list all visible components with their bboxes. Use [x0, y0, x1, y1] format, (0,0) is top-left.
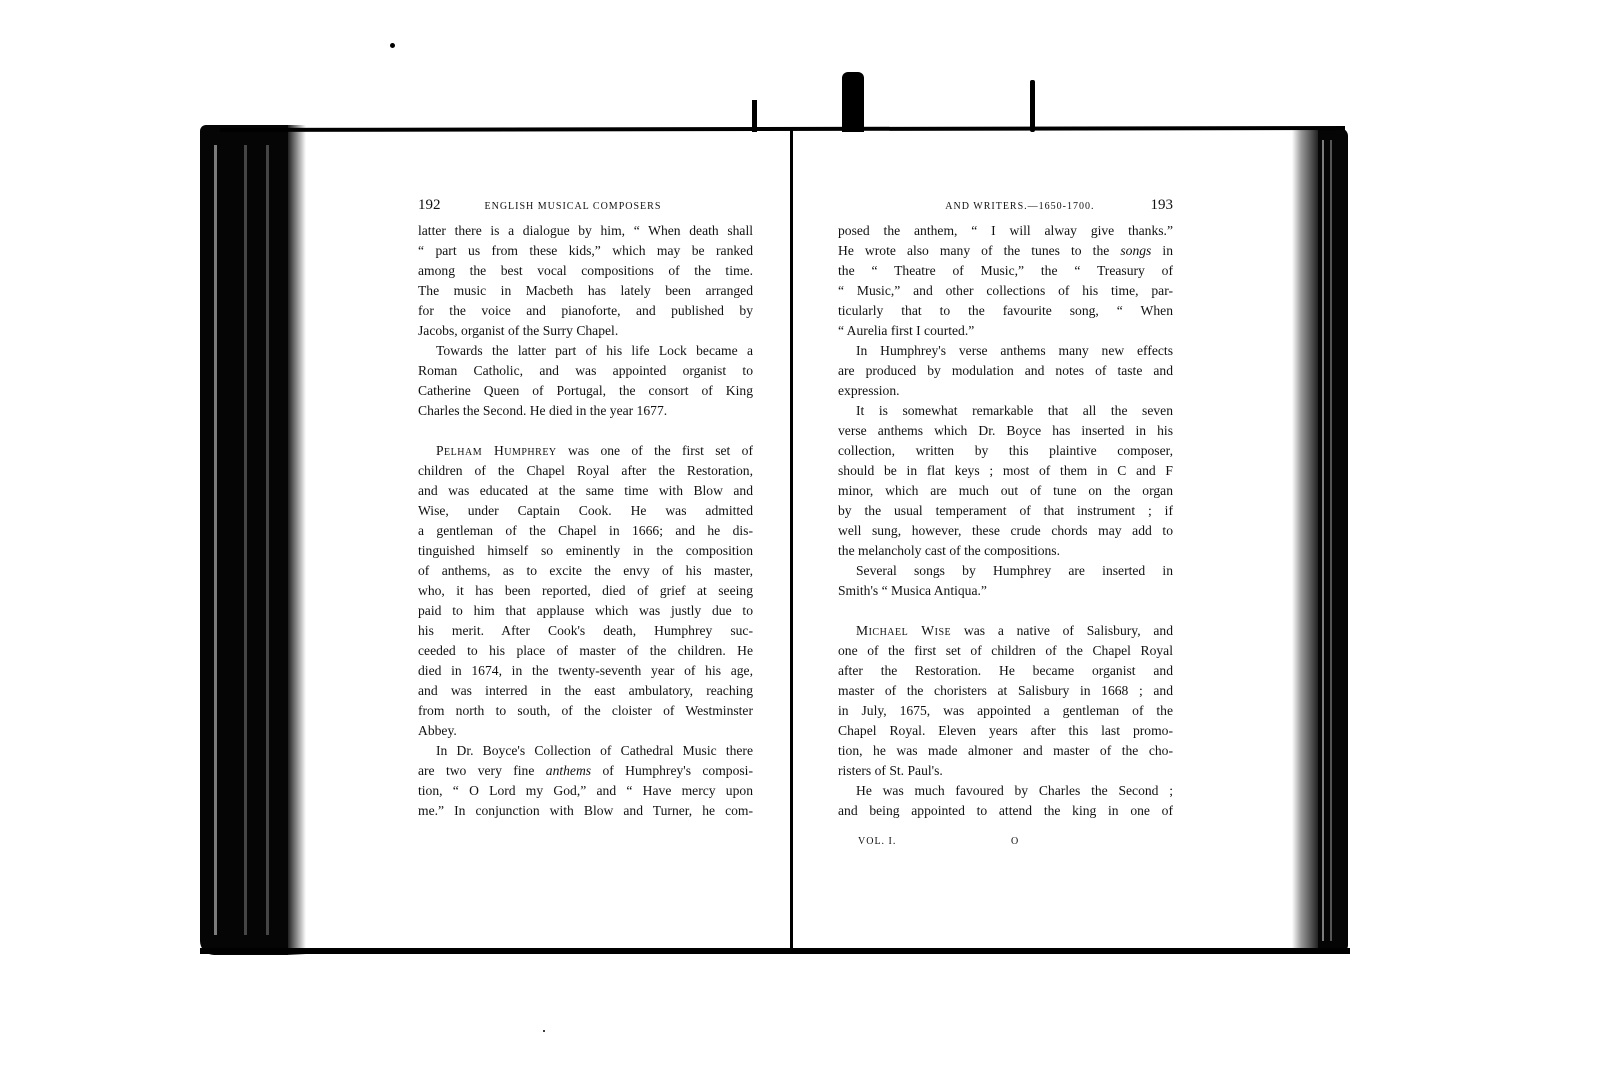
- text-line: ceeded to his place of master of the chi…: [418, 641, 753, 661]
- text-line: He wrote also many of the tunes to the s…: [838, 241, 1173, 261]
- signature-volume: VOL. I.: [858, 836, 896, 847]
- text-line: and was educated at the same time with B…: [418, 481, 753, 501]
- text-line: In Dr. Boyce's Collection of Cathedral M…: [418, 741, 753, 761]
- signature-letter: O: [1011, 836, 1019, 847]
- text-line: Towards the latter part of his life Lock…: [418, 341, 753, 361]
- text-line: Jacobs, organist of the Surry Chapel.: [418, 321, 753, 341]
- text-span: was a native of Salisbury, and: [951, 623, 1173, 638]
- running-head-title: ENGLISH MUSICAL COMPOSERS: [485, 197, 662, 217]
- text-span: He wrote also many of the tunes to the: [838, 243, 1120, 258]
- text-line: died in 1674, in the twenty-seventh year…: [418, 661, 753, 681]
- text-span: of Humphrey's composi-: [591, 763, 753, 778]
- paragraph: Michael Wise was a native of Salisbury, …: [838, 621, 1173, 781]
- text-line: tinguished himself so eminently in the c…: [418, 541, 753, 561]
- text-span: was one of the first set of: [557, 443, 753, 458]
- text-line: should be in flat keys ; most of them in…: [838, 461, 1173, 481]
- paragraph: He was much favoured by Charles the Seco…: [838, 781, 1173, 821]
- paragraph: Towards the latter part of his life Lock…: [418, 341, 753, 421]
- text-line: In Humphrey's verse anthems many new eff…: [838, 341, 1173, 361]
- text-line: me.” In conjunction with Blow and Turner…: [418, 801, 753, 821]
- text-line: his merit. After Cook's death, Humphrey …: [418, 621, 753, 641]
- text-span: in: [1151, 243, 1173, 258]
- text-line: latter there is a dialogue by him, “ Whe…: [418, 221, 753, 241]
- text-line: from north to south, of the cloister of …: [418, 701, 753, 721]
- text-line: who, it has been reported, died of grief…: [418, 581, 753, 601]
- text-line: tion, “ O Lord my God,” and “ Have mercy…: [418, 781, 753, 801]
- text-line: Chapel Royal. Eleven years after this la…: [838, 721, 1173, 741]
- text-line: one of the first set of children of the …: [838, 641, 1173, 661]
- page-number: 193: [1151, 195, 1174, 215]
- text-line: minor, which are much out of tune on the…: [838, 481, 1173, 501]
- text-line: are produced by modulation and notes of …: [838, 361, 1173, 381]
- text-line: Roman Catholic, and was appointed organi…: [418, 361, 753, 381]
- paragraph: Pelham Humphrey was one of the first set…: [418, 441, 753, 741]
- running-head: 192 ENGLISH MUSICAL COMPOSERS: [418, 195, 753, 213]
- paragraph: It is somewhat remarkable that all the s…: [838, 401, 1173, 561]
- text-line: Michael Wise was a native of Salisbury, …: [838, 621, 1173, 641]
- right-page: AND WRITERS.—1650-1700. 193 posed the an…: [838, 195, 1173, 821]
- text-line: “ Music,” and other collections of his t…: [838, 281, 1173, 301]
- book-right-fore-edge: [1300, 128, 1348, 953]
- text-line: Charles the Second. He died in the year …: [418, 401, 753, 421]
- text-line: expression.: [838, 381, 1173, 401]
- text-line: It is somewhat remarkable that all the s…: [838, 401, 1173, 421]
- text-line: and was interred in the east ambulatory,…: [418, 681, 753, 701]
- text-line: of anthems, as to excite the envy of his…: [418, 561, 753, 581]
- text-line: by the usual temperament of that instrum…: [838, 501, 1173, 521]
- text-line: He was much favoured by Charles the Seco…: [838, 781, 1173, 801]
- text-line: verse anthems which Dr. Boyce has insert…: [838, 421, 1173, 441]
- paragraph: In Dr. Boyce's Collection of Cathedral M…: [418, 741, 753, 821]
- text-line: among the best vocal compositions of the…: [418, 261, 753, 281]
- bookmark-ribbon: [842, 72, 864, 132]
- text-line: “ part us from these kids,” which may be…: [418, 241, 753, 261]
- text-line: master of the choristers at Salisbury in…: [838, 681, 1173, 701]
- scan-speck: [543, 1030, 545, 1032]
- text-line: well sung, however, these crude chords m…: [838, 521, 1173, 541]
- person-name: Michael Wise: [856, 623, 951, 638]
- text-line: Several songs by Humphrey are inserted i…: [838, 561, 1173, 581]
- text-line: risters of St. Paul's.: [838, 761, 1173, 781]
- text-line: and being appointed to attend the king i…: [838, 801, 1173, 821]
- book-bottom-edge: [200, 948, 1350, 954]
- paragraph: In Humphrey's verse anthems many new eff…: [838, 341, 1173, 401]
- text-line: the melancholy cast of the compositions.: [838, 541, 1173, 561]
- person-name: Pelham Humphrey: [436, 443, 557, 458]
- running-head: AND WRITERS.—1650-1700. 193: [838, 195, 1173, 213]
- book-gutter: [790, 130, 793, 950]
- text-line: collection, written by this plaintive co…: [838, 441, 1173, 461]
- text-line: ticularly that to the favourite song, “ …: [838, 301, 1173, 321]
- text-line: Smith's “ Musica Antiqua.”: [838, 581, 1173, 601]
- text-span: are two very fine: [418, 763, 546, 778]
- text-line: paid to him that applause which was just…: [418, 601, 753, 621]
- text-line: Abbey.: [418, 721, 753, 741]
- bookmark-fragment: [752, 100, 757, 132]
- italic-text: songs: [1120, 243, 1151, 258]
- text-line: are two very fine anthems of Humphrey's …: [418, 761, 753, 781]
- text-line: “ Aurelia first I courted.”: [838, 321, 1173, 341]
- page-number: 192: [418, 195, 441, 215]
- text-line: Wise, under Captain Cook. He was admitte…: [418, 501, 753, 521]
- bookmark-thread: [1030, 80, 1035, 132]
- running-head-title: AND WRITERS.—1650-1700.: [945, 197, 1094, 217]
- text-line: after the Restoration. He became organis…: [838, 661, 1173, 681]
- text-line: The music in Macbeth has lately been arr…: [418, 281, 753, 301]
- book-left-fore-edge: [200, 125, 300, 955]
- italic-text: anthems: [546, 763, 591, 778]
- paragraph: posed the anthem, “ I will alway give th…: [838, 221, 1173, 341]
- text-line: the “ Theatre of Music,” the “ Treasury …: [838, 261, 1173, 281]
- text-line: children of the Chapel Royal after the R…: [418, 461, 753, 481]
- printer-signature: VOL. I. O: [858, 836, 1158, 847]
- text-line: in July, 1675, was appointed a gentleman…: [838, 701, 1173, 721]
- text-line: tion, he was made almoner and master of …: [838, 741, 1173, 761]
- text-line: Catherine Queen of Portugal, the consort…: [418, 381, 753, 401]
- paragraph: Several songs by Humphrey are inserted i…: [838, 561, 1173, 601]
- book-top-edge: [220, 126, 1345, 132]
- scan-speck: [390, 43, 395, 48]
- paragraph: latter there is a dialogue by him, “ Whe…: [418, 221, 753, 341]
- text-line: Pelham Humphrey was one of the first set…: [418, 441, 753, 461]
- left-page: 192 ENGLISH MUSICAL COMPOSERS latter the…: [418, 195, 753, 821]
- text-line: for the voice and pianoforte, and publis…: [418, 301, 753, 321]
- text-line: a gentleman of the Chapel in 1666; and h…: [418, 521, 753, 541]
- text-line: posed the anthem, “ I will alway give th…: [838, 221, 1173, 241]
